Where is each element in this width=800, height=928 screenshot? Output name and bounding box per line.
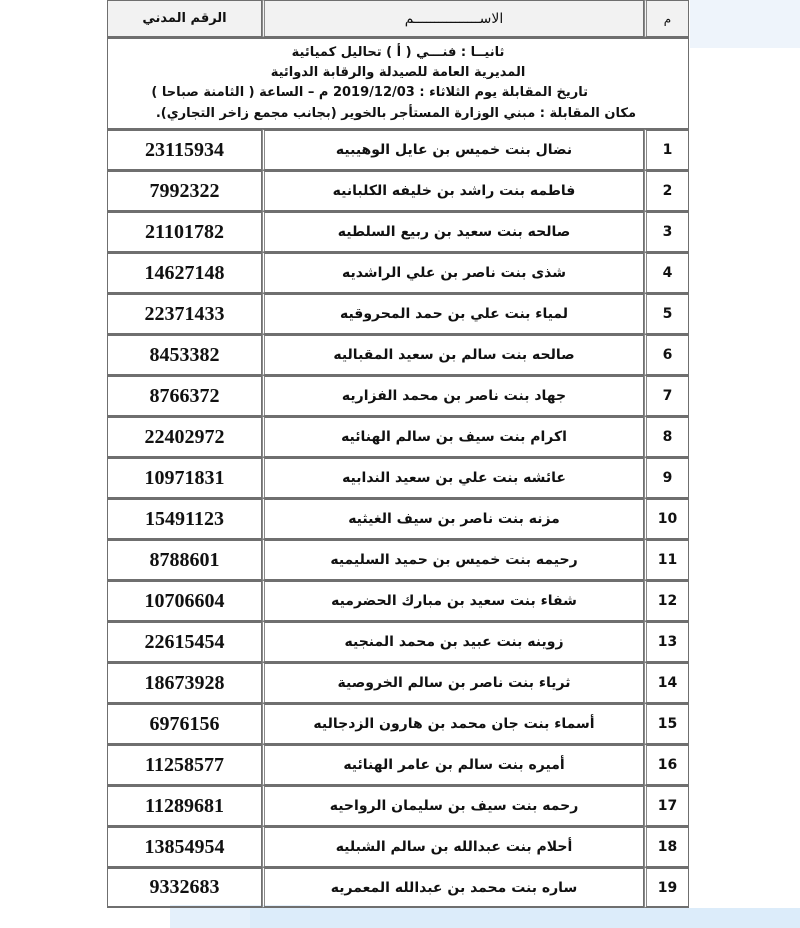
row-name: ساره بنت محمد بن عبدالله المعمريه	[262, 867, 644, 908]
row-index: 11	[644, 539, 689, 580]
row-civil-id: 11258577	[107, 744, 262, 785]
row-civil-id: 6976156	[107, 703, 262, 744]
row-index: 19	[644, 867, 689, 908]
row-civil-id: 8788601	[107, 539, 262, 580]
table-row: 12 شفاء بنت سعيد بن مبارك الحضرميه 10706…	[107, 580, 689, 621]
row-index: 5	[644, 293, 689, 334]
row-index: 18	[644, 826, 689, 867]
row-index: 14	[644, 662, 689, 703]
table-header-row: م الاســــــــــــــــم الرقم المدني	[107, 0, 689, 37]
table-row: 1 نضال بنت خميس بن عايل الوهيبيه 2311593…	[107, 129, 689, 170]
table-row: 9 عائشه بنت علي بن سعيد الندابيه 1097183…	[107, 457, 689, 498]
table-row: 11 رحيمه بنت خميس بن حميد السليميه 87886…	[107, 539, 689, 580]
row-index: 8	[644, 416, 689, 457]
row-civil-id: 18673928	[107, 662, 262, 703]
row-name: رحمه بنت سيف بن سليمان الرواحيه	[262, 785, 644, 826]
row-civil-id: 22402972	[107, 416, 262, 457]
row-name: نضال بنت خميس بن عايل الوهيبيه	[262, 129, 644, 170]
row-index: 16	[644, 744, 689, 785]
table-row: 2 فاطمه بنت راشد بن خليفه الكلبانيه 7992…	[107, 170, 689, 211]
row-name: رحيمه بنت خميس بن حميد السليميه	[262, 539, 644, 580]
row-civil-id: 22371433	[107, 293, 262, 334]
table-row: 7 جهاد بنت ناصر بن محمد الفزاريه 8766372	[107, 375, 689, 416]
row-index: 17	[644, 785, 689, 826]
table-body: 1 نضال بنت خميس بن عايل الوهيبيه 2311593…	[107, 129, 689, 908]
section-title: ثانيــا : فنـــي ( أ ) تحاليل كميائية	[108, 42, 688, 63]
section-info: ثانيــا : فنـــي ( أ ) تحاليل كميائية ال…	[107, 37, 689, 129]
row-name: صالحه بنت سعيد بن ربيع السلطيه	[262, 211, 644, 252]
table-row: 13 زوينه بنت عبيد بن محمد المنجيه 226154…	[107, 621, 689, 662]
row-civil-id: 22615454	[107, 621, 262, 662]
row-civil-id: 10706604	[107, 580, 262, 621]
table-row: 6 صالحه بنت سالم بن سعيد المقباليه 84533…	[107, 334, 689, 375]
table-row: 15 أسماء بنت جان محمد بن هارون الزدجاليه…	[107, 703, 689, 744]
row-index: 2	[644, 170, 689, 211]
row-civil-id: 23115934	[107, 129, 262, 170]
header-name: الاســــــــــــــــم	[262, 0, 644, 37]
table-row: 18 أحلام بنت عبدالله بن سالم الشبليه 138…	[107, 826, 689, 867]
row-civil-id: 10971831	[107, 457, 262, 498]
row-name: مزنه بنت ناصر بن سيف الغيثيه	[262, 498, 644, 539]
table-row: 3 صالحه بنت سعيد بن ربيع السلطيه 2110178…	[107, 211, 689, 252]
table-row: 5 لمياء بنت علي بن حمد المحروقيه 2237143…	[107, 293, 689, 334]
row-civil-id: 14627148	[107, 252, 262, 293]
table-row: 19 ساره بنت محمد بن عبدالله المعمريه 933…	[107, 867, 689, 908]
section-directorate: المديرية العامة للصيدلة والرقابة الدوائي…	[108, 63, 688, 82]
interview-date: تاريخ المقابلة يوم الثلاثاء : 2019/12/03…	[108, 82, 688, 104]
row-index: 15	[644, 703, 689, 744]
table-row: 4 شذى بنت ناصر بن علي الراشديه 14627148	[107, 252, 689, 293]
table-row: 17 رحمه بنت سيف بن سليمان الرواحيه 11289…	[107, 785, 689, 826]
table-row: 14 ثرياء بنت ناصر بن سالم الخروصية 18673…	[107, 662, 689, 703]
row-name: صالحه بنت سالم بن سعيد المقباليه	[262, 334, 644, 375]
interview-location: مكان المقابلة : مبني الوزارة المستأجر با…	[108, 104, 688, 124]
row-index: 4	[644, 252, 689, 293]
row-index: 12	[644, 580, 689, 621]
row-index: 10	[644, 498, 689, 539]
table-row: 16 أميره بنت سالم بن عامر الهنائيه 11258…	[107, 744, 689, 785]
row-civil-id: 7992322	[107, 170, 262, 211]
row-name: أحلام بنت عبدالله بن سالم الشبليه	[262, 826, 644, 867]
header-civil-id: الرقم المدني	[107, 0, 262, 37]
row-civil-id: 13854954	[107, 826, 262, 867]
row-civil-id: 15491123	[107, 498, 262, 539]
row-index: 7	[644, 375, 689, 416]
row-index: 9	[644, 457, 689, 498]
row-name: أسماء بنت جان محمد بن هارون الزدجاليه	[262, 703, 644, 744]
row-name: زوينه بنت عبيد بن محمد المنجيه	[262, 621, 644, 662]
row-civil-id: 9332683	[107, 867, 262, 908]
row-name: ثرياء بنت ناصر بن سالم الخروصية	[262, 662, 644, 703]
candidates-table: م الاســــــــــــــــم الرقم المدني ثان…	[107, 0, 689, 908]
row-name: لمياء بنت علي بن حمد المحروقيه	[262, 293, 644, 334]
table-row: 10 مزنه بنت ناصر بن سيف الغيثيه 15491123	[107, 498, 689, 539]
row-name: جهاد بنت ناصر بن محمد الفزاريه	[262, 375, 644, 416]
row-name: عائشه بنت علي بن سعيد الندابيه	[262, 457, 644, 498]
row-civil-id: 21101782	[107, 211, 262, 252]
row-index: 6	[644, 334, 689, 375]
row-name: اكرام بنت سيف بن سالم الهنائيه	[262, 416, 644, 457]
row-index: 1	[644, 129, 689, 170]
background-decoration-bottom	[250, 908, 800, 928]
row-name: شفاء بنت سعيد بن مبارك الحضرميه	[262, 580, 644, 621]
row-name: فاطمه بنت راشد بن خليفه الكلبانيه	[262, 170, 644, 211]
row-name: شذى بنت ناصر بن علي الراشديه	[262, 252, 644, 293]
row-index: 13	[644, 621, 689, 662]
row-index: 3	[644, 211, 689, 252]
row-name: أميره بنت سالم بن عامر الهنائيه	[262, 744, 644, 785]
row-civil-id: 8453382	[107, 334, 262, 375]
row-civil-id: 11289681	[107, 785, 262, 826]
table-row: 8 اكرام بنت سيف بن سالم الهنائيه 2240297…	[107, 416, 689, 457]
background-decoration-top	[690, 0, 800, 48]
header-index: م	[644, 0, 689, 37]
row-civil-id: 8766372	[107, 375, 262, 416]
